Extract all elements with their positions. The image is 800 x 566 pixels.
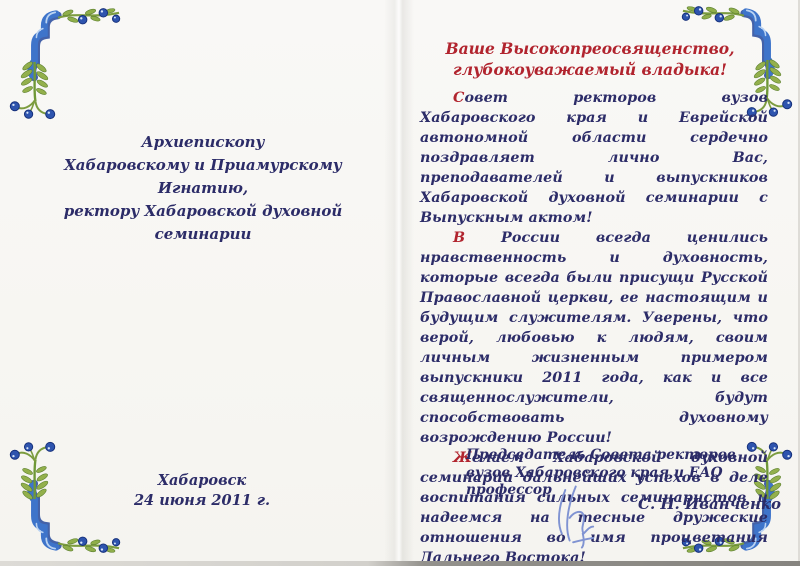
handwritten-signature-icon — [548, 483, 600, 551]
salutation-block: Ваше Высокопреосвященство, глубокоуважае… — [422, 38, 758, 80]
place-line: Хабаровск — [62, 471, 342, 491]
signer-name: С. Н. Иванченко — [638, 495, 781, 513]
addressee-line: Игнатию, — [28, 177, 378, 200]
scan-edge-bottom — [0, 561, 800, 566]
left-page: Архиепископу Хабаровскому и Приамурскому… — [0, 0, 400, 566]
addressee-line: Хабаровскому и Приамурскому — [28, 154, 378, 177]
body-paragraph: В России всегда ценились нравственность … — [420, 228, 768, 448]
place-date-block: Хабаровск 24 июня 2011 г. — [62, 471, 342, 511]
body-paragraph: Совет ректоров вузов Хабаровского края и… — [420, 88, 768, 228]
paragraph-initial: В — [453, 230, 465, 246]
salutation-line: Ваше Высокопреосвященство, — [422, 38, 758, 59]
signature-title-line: Председатель Совета ректоров — [466, 447, 766, 465]
right-page: Ваше Высокопреосвященство, глубокоуважае… — [400, 0, 800, 566]
paragraph-text: овет ректоров вузов Хабаровского края и … — [420, 90, 768, 226]
letter-spread: Архиепископу Хабаровскому и Приамурскому… — [0, 0, 800, 566]
paragraph-text: России всегда ценились нравственность и … — [420, 230, 768, 446]
salutation-line: глубокоуважаемый владыка! — [422, 59, 758, 80]
addressee-block: Архиепископу Хабаровскому и Приамурскому… — [28, 131, 378, 246]
date-line: 24 июня 2011 г. — [62, 491, 342, 511]
addressee-line: Архиепископу — [28, 131, 378, 154]
signature-block: Председатель Совета ректоров вузов Хабар… — [466, 447, 766, 500]
paragraph-initial: С — [453, 90, 464, 106]
addressee-line: ректору Хабаровской духовной семинарии — [28, 200, 378, 246]
signature-title-line: вузов Хабаровского края и ЕАО — [466, 465, 766, 483]
